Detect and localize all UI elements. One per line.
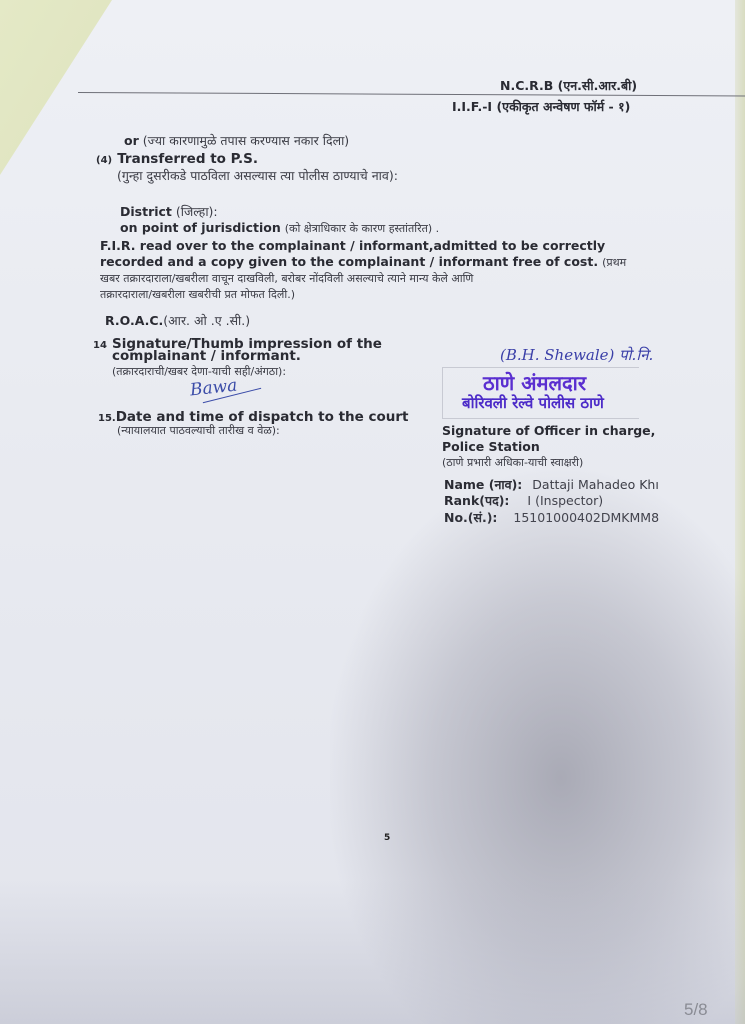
page-number: 5 [384,833,390,843]
image-viewer-counter: 5/8 [684,1000,708,1020]
fir-read-line2-en: recorded and a copy given to the complai… [100,254,598,269]
section15-devanagari: (न्यायालयात पाठवल्याची तारीख व वेळ): [117,423,280,438]
roac-line: R.O.A.C.(आर. ओ .ए .सी.) [105,312,250,329]
fir-read-line2-dev: (प्रथम [602,256,626,269]
stamp-line1: ठाणे अंमलदार [483,369,586,396]
officer-no-label: No.(सं.): [444,510,497,525]
officer-name-row: Name (नाव): Dattaji Mahadeo Khı [444,476,659,493]
refused-prefix: or [124,133,139,148]
transfer-number: (4) [96,155,112,166]
transfer-heading: (4) Transferred to P.S. [96,148,258,167]
officer-title2: Police Station [442,439,540,454]
fir-read-line2: recorded and a copy given to the complai… [100,254,626,270]
section14-line2: complainant / informant. [112,348,301,364]
officer-rank-row: Rank(पद): I (Inspector) [444,492,603,509]
district-line: District (जिल्हा): [120,203,218,220]
roac-devanagari: (आर. ओ .ए .सी.) [163,313,250,328]
district-devanagari: (जिल्हा): [176,204,218,219]
roac-label: R.O.A.C. [105,313,163,328]
refused-line: or (ज्या कारणामुळे तपास करण्यास नकार दिल… [124,132,349,149]
officer-no-value: 15101000402DMKMM8 [513,510,659,525]
fir-read-line1: F.I.R. read over to the complainant / in… [100,238,605,253]
officer-name-label: Name (नाव): [444,477,522,492]
refused-devanagari: (ज्या कारणामुळे तपास करण्यास नकार दिला) [143,133,349,148]
jurisdiction-label: on point of jurisdiction [120,220,281,235]
officer-rank-label: Rank(पद): [444,493,509,508]
jurisdiction-devanagari: (को क्षेत्राधिकार के कारण हस्तांतरित) . [285,222,439,235]
officer-name-value: Dattaji Mahadeo Khı [532,477,659,492]
officer-title1: Signature of Officer in charge, [442,423,655,438]
officer-title-devanagari: (ठाणे प्रभारी अधिका-याची स्वाक्षरी) [442,455,583,470]
stamp-line2: बोरिवली रेल्वे पोलीस ठाणे [462,393,604,413]
transfer-devanagari: (गुन्हा दुसरीकडे पाठविला असल्यास त्या पो… [117,167,398,184]
jurisdiction-line: on point of jurisdiction (को क्षेत्राधिक… [120,220,439,236]
transfer-title: Transferred to P.S. [117,151,258,167]
section14-number: 14 [93,340,107,351]
district-label: District [120,204,172,219]
officer-rank-value: I (Inspector) [527,493,603,508]
section14-devanagari: (तक्रारदाराची/खबर देणा-याची सही/अंगठा): [112,364,286,379]
section15-number: 15. [98,413,116,424]
fir-read-line3: खबर तक्रारदाराला/खबरीला वाचून दाखविली, ब… [100,271,473,286]
header-ncrb: N.C.R.B (एन.सी.आर.बी) [500,77,637,94]
header-iif: I.I.F.-I (एकीकृत अन्वेषण फॉर्म - १) [452,98,630,115]
fir-read-line4: तक्रारदाराला/खबरीला खबरीची प्रत मोफत दिल… [100,287,295,302]
officer-handwritten-signature: (B.H. Shewale) पो.नि. [500,345,653,365]
officer-no-row: No.(सं.): 15101000402DMKMM8 [444,509,659,526]
